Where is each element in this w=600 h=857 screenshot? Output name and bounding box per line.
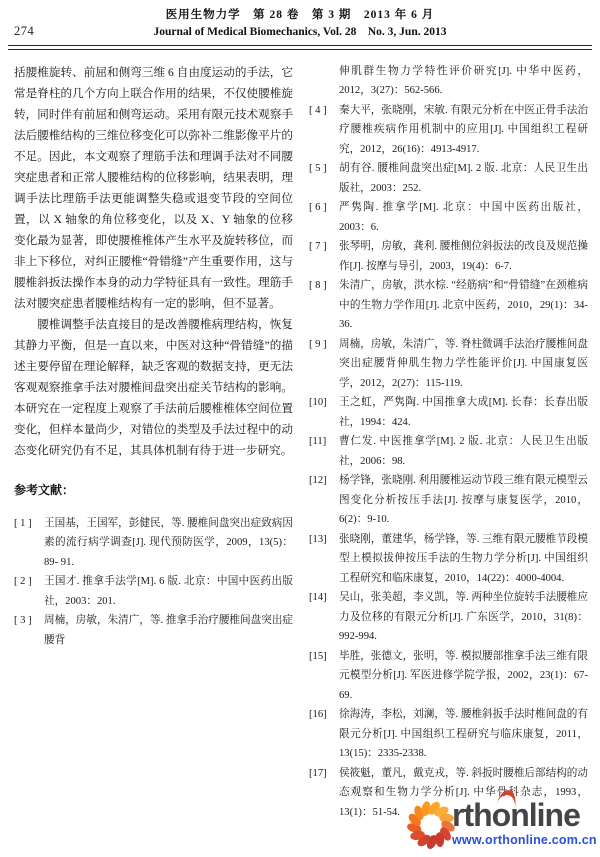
- reference-label: [ 6 ]: [309, 198, 339, 218]
- reference-label: [ 3 ]: [14, 611, 44, 631]
- reference-text: 秦大平，张晓刚，宋敏. 有限元分析在中医正骨手法治疗腰椎疾病作用机制中的应用[J…: [339, 101, 588, 160]
- journal-page: 274 医用生物力学 第 28 卷 第 3 期 2013 年 6 月 Journ…: [0, 0, 600, 857]
- reference-label: [ 4 ]: [309, 101, 339, 121]
- right-column: 伸肌群生物力学特性评价研究[J]. 中华中医药，2012，3(27)：562-5…: [309, 62, 588, 823]
- reference-text: 张琴明，房敏，龚利. 腰椎侧位斜扳法的改良及规范操作[J]. 按摩与导引，200…: [339, 237, 588, 276]
- reference-item: [ 5 ] 胡有谷. 腰椎间盘突出症[M]. 2 版. 北京：人民卫生出版社，2…: [309, 159, 588, 198]
- reference-text: 曹仁发. 中医推拿学[M]. 2 版. 北京：人民卫生出版社，2006：98.: [339, 432, 588, 471]
- reference-label: [17]: [309, 764, 339, 784]
- reference-text: 徐海涛，李松，刘澜，等. 腰椎斜扳手法时椎间盘的有限元分析[J]. 中国组织工程…: [339, 705, 588, 764]
- header-double-rule: [8, 45, 592, 50]
- reference-text: 张晓刚，董建华，杨学锋，等. 三维有限元腰椎节段模型上模拟拔伸按压手法的生物力学…: [339, 530, 588, 589]
- orthonline-wordmark: rthonline: [452, 799, 580, 831]
- reference-label: [16]: [309, 705, 339, 725]
- reference-label: [ 9 ]: [309, 335, 339, 355]
- body-paragraph: 括腰椎旋转、前屈和侧弯三维 6 自由度运动的手法，它常是脊柱的几个方向上联合作用…: [14, 62, 293, 314]
- reference-item: [13] 张晓刚，董建华，杨学锋，等. 三维有限元腰椎节段模型上模拟拔伸按压手法…: [309, 530, 588, 589]
- reference-item: 伸肌群生物力学特性评价研究[J]. 中华中医药，2012，3(27)：562-5…: [309, 62, 588, 101]
- reference-item: [ 6 ] 严隽陶. 推拿学[M]. 北京：中国中医药出版社，2003：6.: [309, 198, 588, 237]
- references-heading: 参考文献：: [14, 481, 293, 498]
- reference-text: 严隽陶. 推拿学[M]. 北京：中国中医药出版社，2003：6.: [339, 198, 588, 237]
- reference-text: 周楠，房敏，朱清广，等. 脊柱微调手法治疗腰椎间盘突出症腰背伸肌生物力学性能评价…: [339, 335, 588, 394]
- orthonline-url: www.orthonline.com.cn: [452, 833, 594, 847]
- reference-text: 周楠，房敏，朱清广，等. 推拿手治疗腰椎间盘突出症腰背: [44, 611, 293, 650]
- wordmark-suffix: nline: [510, 797, 580, 833]
- reference-text: 杨学锋，张晓刚. 利用腰椎运动节段三维有限元模型云图变化分析按压手法[J]. 按…: [339, 471, 588, 530]
- reference-label: [11]: [309, 432, 339, 452]
- reference-text: 王之虹，严隽陶. 中国推拿大成[M]. 长春：长春出版社，1994：424.: [339, 393, 588, 432]
- reference-label: [12]: [309, 471, 339, 491]
- reference-item: [ 2 ] 王国才. 推拿手法学[M]. 6 版. 北京：中国中医药出版社，20…: [14, 572, 293, 611]
- reference-item: [ 4 ] 秦大平，张晓刚，宋敏. 有限元分析在中医正骨手法治疗腰椎疾病作用机制…: [309, 101, 588, 160]
- journal-title-english: Journal of Medical Biomechanics, Vol. 28…: [0, 27, 600, 39]
- references-list-left: [ 1 ] 王国基，王国军，彭健民，等. 腰椎间盘突出症致病因素的流行病学调查[…: [14, 514, 293, 651]
- orthonline-logo: rthonline www.orthonline.com.cn: [394, 793, 594, 855]
- reference-item: [ 3 ] 周楠，房敏，朱清广，等. 推拿手治疗腰椎间盘突出症腰背: [14, 611, 293, 650]
- wordmark-prefix: rth: [452, 797, 492, 833]
- reference-text: 伸肌群生物力学特性评价研究[J]. 中华中医药，2012，3(27)：562-5…: [339, 62, 588, 101]
- journal-title-block: 医用生物力学 第 28 卷 第 3 期 2013 年 6 月 Journal o…: [0, 10, 600, 38]
- reference-item: [11] 曹仁发. 中医推拿学[M]. 2 版. 北京：人民卫生出版社，2006…: [309, 432, 588, 471]
- reference-text: 朱清广，房敏，洪水棕. “经筋病”和“骨错缝”在颈椎病中的生物力学作用[J]. …: [339, 276, 588, 335]
- reference-label: [ 7 ]: [309, 237, 339, 257]
- reference-text: 吴山，张美超，李义凯，等. 两种坐位旋转手法腰椎应力及位移的有限元分析[J]. …: [339, 588, 588, 647]
- reference-label: [15]: [309, 647, 339, 667]
- reference-label: [ 5 ]: [309, 159, 339, 179]
- reference-label: [ 2 ]: [14, 572, 44, 592]
- reference-label: [14]: [309, 588, 339, 608]
- reference-item: [16] 徐海涛，李松，刘澜，等. 腰椎斜扳手法时椎间盘的有限元分析[J]. 中…: [309, 705, 588, 764]
- body-paragraph: 腰椎调整手法直接目的是改善腰椎病理结构，恢复其静力平衡，但是一直以来，中医对这种…: [14, 314, 293, 461]
- reference-item: [10] 王之虹，严隽陶. 中国推拿大成[M]. 长春：长春出版社，1994：4…: [309, 393, 588, 432]
- reference-text: 王国基，王国军，彭健民，等. 腰椎间盘突出症致病因素的流行病学调查[J]. 现代…: [44, 514, 293, 573]
- reference-label: [ 8 ]: [309, 276, 339, 296]
- article-body: 括腰椎旋转、前屈和侧弯三维 6 自由度运动的手法，它常是脊柱的几个方向上联合作用…: [0, 50, 600, 823]
- reference-label: [ 1 ]: [14, 514, 44, 534]
- page-header: 274 医用生物力学 第 28 卷 第 3 期 2013 年 6 月 Journ…: [0, 0, 600, 50]
- reference-item: [ 8 ] 朱清广，房敏，洪水棕. “经筋病”和“骨错缝”在颈椎病中的生物力学作…: [309, 276, 588, 335]
- left-column: 括腰椎旋转、前屈和侧弯三维 6 自由度运动的手法，它常是脊柱的几个方向上联合作用…: [14, 62, 293, 823]
- reference-item: [ 1 ] 王国基，王国军，彭健民，等. 腰椎间盘突出症致病因素的流行病学调查[…: [14, 514, 293, 573]
- reference-text: 胡有谷. 腰椎间盘突出症[M]. 2 版. 北京：人民卫生出版社，2003：25…: [339, 159, 588, 198]
- reference-item: [ 7 ] 张琴明，房敏，龚利. 腰椎侧位斜扳法的改良及规范操作[J]. 按摩与…: [309, 237, 588, 276]
- reference-label: [13]: [309, 530, 339, 550]
- reference-item: [ 9 ] 周楠，房敏，朱清广，等. 脊柱微调手法治疗腰椎间盘突出症腰背伸肌生物…: [309, 335, 588, 394]
- journal-title-chinese: 医用生物力学 第 28 卷 第 3 期 2013 年 6 月: [0, 10, 600, 22]
- reference-text: 毕胜，张德文，张明，等. 模拟腰部推拿手法三维有限元模型分析[J]. 军医进修学…: [339, 647, 588, 706]
- reference-item: [15] 毕胜，张德文，张明，等. 模拟腰部推拿手法三维有限元模型分析[J]. …: [309, 647, 588, 706]
- reference-label: [10]: [309, 393, 339, 413]
- reference-text: 王国才. 推拿手法学[M]. 6 版. 北京：中国中医药出版社，2003：201…: [44, 572, 293, 611]
- reference-item: [14] 吴山，张美超，李义凯，等. 两种坐位旋转手法腰椎应力及位移的有限元分析…: [309, 588, 588, 647]
- page-number: 274: [14, 24, 34, 39]
- references-list-right: 伸肌群生物力学特性评价研究[J]. 中华中医药，2012，3(27)：562-5…: [309, 62, 588, 823]
- reference-item: [12] 杨学锋，张晓刚. 利用腰椎运动节段三维有限元模型云图变化分析按压手法[…: [309, 471, 588, 530]
